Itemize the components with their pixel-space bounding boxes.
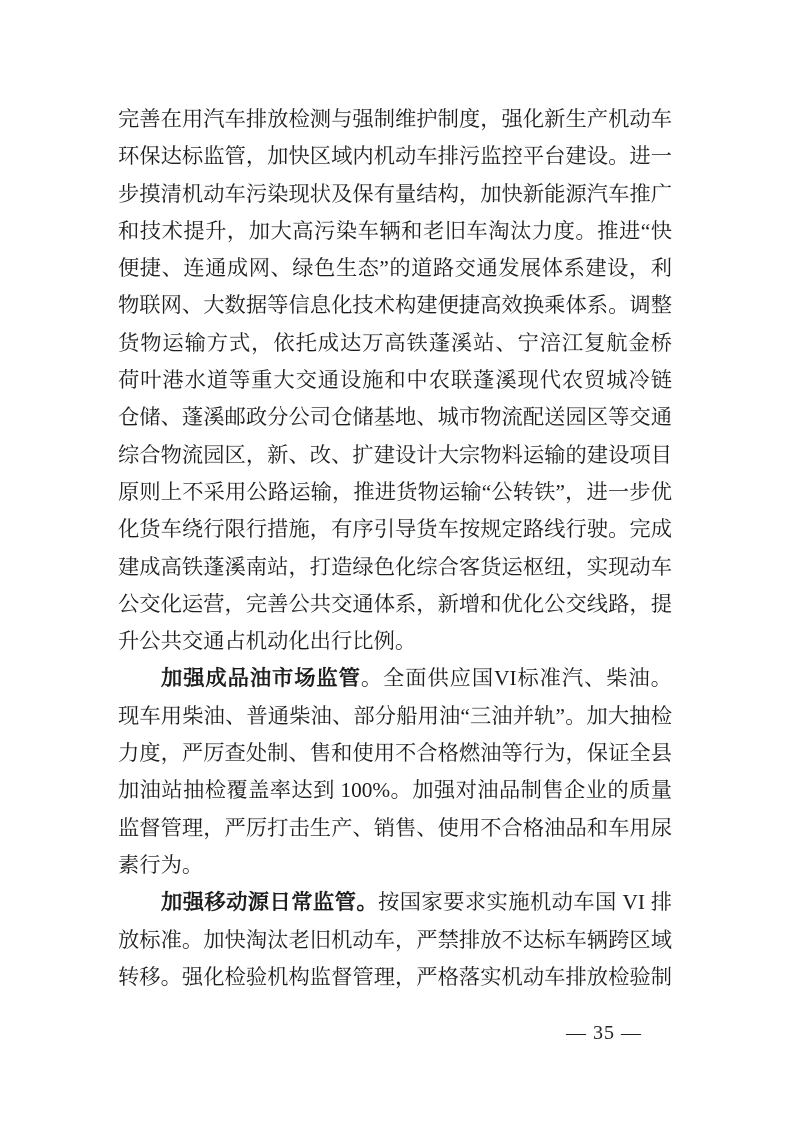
text-line: 原则上不采用公路运输，推进货物运输“公转铁”，进一步优 xyxy=(118,474,672,511)
text-line: 加强移动源日常监管。按国家要求实施机动车国 VI 排 xyxy=(118,884,672,921)
text-line: 化货车绕行限行措施，有序引导货车按规定路线行驶。完成 xyxy=(118,511,672,548)
text-line: 步摸清机动车污染现状及保有量结构，加快新能源汽车推广 xyxy=(118,176,672,213)
text-line: 综合物流园区，新、改、扩建设计大宗物料运输的建设项目 xyxy=(118,437,672,474)
text-line: 完善在用汽车排放检测与强制维护制度，强化新生产机动车 xyxy=(118,101,672,138)
text-line: 物联网、大数据等信息化技术构建便捷高效换乘体系。调整 xyxy=(118,287,672,324)
paragraph-fuel-market-supervision: 加强成品油市场监管。全面供应国VI标准汽、柴油。实 现车用柴油、普通柴油、部分船… xyxy=(118,660,672,884)
text-line: 放标准。加快淘汰老旧机动车，严禁排放不达标车辆跨区域 xyxy=(118,922,672,959)
text-line: 和技术提升，加大高污染车辆和老旧车淘汰力度。推进“快速 xyxy=(118,213,672,250)
document-body: 完善在用汽车排放检测与强制维护制度，强化新生产机动车 环保达标监管，加快区域内机… xyxy=(118,101,672,996)
text-line: 监督管理，严厉打击生产、销售、使用不合格油品和车用尿 xyxy=(118,810,672,847)
text-line: 加油站抽检覆盖率达到 100%。加强对油品制售企业的质量 xyxy=(118,772,672,809)
paragraph-lead-heading: 加强移动源日常监管。 xyxy=(161,890,378,914)
document-page: 完善在用汽车排放检测与强制维护制度，强化新生产机动车 环保达标监管，加快区域内机… xyxy=(0,0,793,1122)
text-line: 公交化运营，完善公共交通体系，新增和优化公交线路，提 xyxy=(118,586,672,623)
paragraph-transport-continuation: 完善在用汽车排放检测与强制维护制度，强化新生产机动车 环保达标监管，加快区域内机… xyxy=(118,101,672,660)
text-line: 荷叶港水道等重大交通设施和中农联蓬溪现代农贸城冷链 xyxy=(118,362,672,399)
paragraph-mobile-source-supervision: 加强移动源日常监管。按国家要求实施机动车国 VI 排 放标准。加快淘汰老旧机动车… xyxy=(118,884,672,996)
text-line: 现车用柴油、普通柴油、部分船用油“三油并轨”。加大抽检 xyxy=(118,698,672,735)
page-number: — 35 — xyxy=(566,1021,642,1045)
text-line: 力度，严厉查处制、售和使用不合格燃油等行为，保证全县 xyxy=(118,735,672,772)
text-line: 建成高铁蓬溪南站，打造绿色化综合客货运枢纽，实现动车 xyxy=(118,549,672,586)
text-line: 转移。强化检验机构监督管理，严格落实机动车排放检验制 xyxy=(118,959,672,996)
text-line: 仓储、蓬溪邮政分公司仓储基地、城市物流配送园区等交通 xyxy=(118,399,672,436)
text-line: 素行为。 xyxy=(118,847,672,884)
text-line: 加强成品油市场监管。全面供应国VI标准汽、柴油。实 xyxy=(118,660,672,697)
text-line: 货物运输方式，依托成达万高铁蓬溪站、宁涪江复航金桥港、 xyxy=(118,325,672,362)
text-line: 升公共交通占机动化出行比例。 xyxy=(118,623,672,660)
text-run: 按国家要求实施机动车国 VI 排 xyxy=(378,890,672,914)
paragraph-lead-heading: 加强成品油市场监管 xyxy=(161,666,361,690)
text-line: 便捷、连通成网、绿色生态”的道路交通发展体系建设，利用 xyxy=(118,250,672,287)
text-line: 环保达标监管，加快区域内机动车排污监控平台建设。进一 xyxy=(118,138,672,175)
